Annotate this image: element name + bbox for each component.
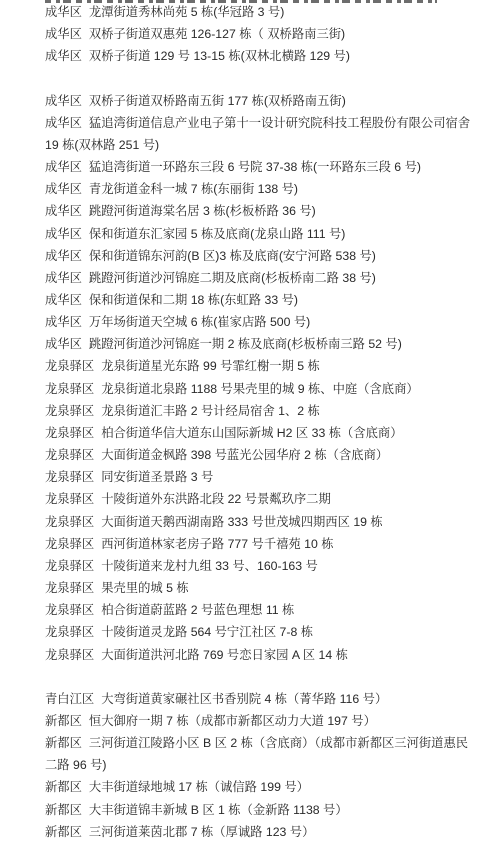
district-label: 新都区 [45,803,82,817]
list-item: 龙泉驿区大面街道金枫路 398 号蓝光公园华府 2 栋（含底商） [45,444,471,466]
district-label: 龙泉驿区 [45,382,94,396]
address-text: 跳蹬河街道海棠名居 3 栋(杉板桥路 36 号) [89,204,316,218]
list-item: 成华区跳蹬河街道沙河锦庭二期及底商(杉板桥南二路 38 号) [45,267,471,289]
address-text: 大面街道洪河北路 769 号恋日家园 A 区 14 栋 [101,648,348,662]
list-item: 成华区保和街道东汇家园 5 栋及底商(龙泉山路 111 号) [45,223,471,245]
list-item: 龙泉驿区西河街道林家老房子路 777 号千禧苑 10 栋 [45,533,471,555]
district-label: 成华区 [45,5,82,19]
list-item: 龙泉驿区柏合街道华信大道东山国际新城 H2 区 33 栋（含底商） [45,422,471,444]
district-label: 成华区 [45,27,82,41]
list-item: 成华区双桥子街道 129 号 13-15 栋(双林北横路 129 号) [45,45,471,67]
district-label: 龙泉驿区 [45,625,94,639]
list-item: 成华区双桥子街道双惠苑 126-127 栋（ 双桥路南三街) [45,23,471,45]
list-item: 龙泉驿区十陵街道灵龙路 564 号宁江社区 7-8 栋 [45,621,471,643]
list-item: 成华区保和街道锦东河韵(B 区)3 栋及底商(安宁河路 538 号) [45,245,471,267]
document-page: 成华区龙潭街道秀林尚苑 5 栋(华冠路 3 号)成华区双桥子街道双惠苑 126-… [0,0,480,845]
district-label: 龙泉驿区 [45,515,94,529]
district-label: 龙泉驿区 [45,603,94,617]
district-label: 青白江区 [45,692,94,706]
address-text: 双桥子街道 129 号 13-15 栋(双林北横路 129 号) [89,49,350,63]
district-label: 龙泉驿区 [45,448,94,462]
address-text: 十陵街道外东洪路北段 22 号景粼玖序二期 [101,492,331,506]
list-item: 龙泉驿区龙泉街道北泉路 1188 号果壳里的城 9 栋、中庭（含底商） [45,378,471,400]
list-item: 龙泉驿区果壳里的城 5 栋 [45,577,471,599]
district-label: 龙泉驿区 [45,470,94,484]
address-text: 保和街道锦东河韵(B 区)3 栋及底商(安宁河路 538 号) [89,249,376,263]
address-text: 万年场街道天空城 6 栋(崔家店路 500 号) [89,315,310,329]
address-text: 恒大御府一期 7 栋（成都市新都区动力大道 197 号） [89,714,376,728]
list-item: 新都区三河街道莱茵北郡 7 栋（厚诚路 123 号） [45,821,471,843]
address-text: 龙泉街道星光东路 99 号霏红榭一期 5 栋 [101,359,320,373]
address-text: 保和街道东汇家园 5 栋及底商(龙泉山路 111 号) [89,227,345,241]
list-item: 龙泉驿区柏合街道蔚蓝路 2 号蓝色理想 11 栋 [45,599,471,621]
address-text: 猛追湾街道一环路东三段 6 号院 37-38 栋(一环路东三段 6 号) [89,160,421,174]
address-text: 跳蹬河街道沙河锦庭一期 2 栋及底商(杉板桥南三路 52 号) [89,337,402,351]
list-item: 成华区双桥子街道双桥路南五街 177 栋(双桥路南五街) [45,90,471,112]
list-item: 龙泉驿区同安街道圣景路 3 号 [45,466,471,488]
list-item: 新都区大丰街道绿地城 17 栋（诚信路 199 号） [45,776,471,798]
district-label: 龙泉驿区 [45,404,94,418]
district-label: 龙泉驿区 [45,426,94,440]
address-text: 双桥子街道双桥路南五街 177 栋(双桥路南五街) [89,94,346,108]
address-text: 大面街道天鹅西湖南路 333 号世茂城四期西区 19 栋 [101,515,383,529]
district-label: 龙泉驿区 [45,559,94,573]
list-item: 龙泉驿区大面街道洪河北路 769 号恋日家园 A 区 14 栋 [45,644,471,666]
address-text: 西河街道林家老房子路 777 号千禧苑 10 栋 [101,537,333,551]
district-label: 成华区 [45,271,82,285]
list-item: 新都区恒大御府一期 7 栋（成都市新都区动力大道 197 号） [45,710,471,732]
address-text: 龙潭街道秀林尚苑 5 栋(华冠路 3 号) [89,5,284,19]
district-label: 成华区 [45,94,82,108]
list-item: 成华区跳蹬河街道沙河锦庭一期 2 栋及底商(杉板桥南三路 52 号) [45,333,471,355]
address-text: 十陵街道灵龙路 564 号宁江社区 7-8 栋 [101,625,313,639]
district-label: 新都区 [45,825,82,839]
address-text: 猛追湾街道信息产业电子第十一设计研究院科技工程股份有限公司宿舍 19 栋(双林路… [45,116,470,152]
list-item: 成华区跳蹬河街道海棠名居 3 栋(杉板桥路 36 号) [45,200,471,222]
district-label: 龙泉驿区 [45,492,94,506]
district-label: 成华区 [45,315,82,329]
list-item: 龙泉驿区十陵街道来龙村九组 33 号、160-163 号 [45,555,471,577]
address-text: 青龙街道金科一城 7 栋(东丽街 138 号) [89,182,298,196]
address-text: 三河街道江陵路小区 B 区 2 栋（含底商）（成都市新都区三河街道惠民二路 96… [45,736,468,772]
district-label: 成华区 [45,116,82,130]
district-label: 新都区 [45,736,82,750]
address-list: 成华区龙潭街道秀林尚苑 5 栋(华冠路 3 号)成华区双桥子街道双惠苑 126-… [45,1,471,843]
district-label: 成华区 [45,160,82,174]
district-label: 成华区 [45,182,82,196]
address-text: 跳蹬河街道沙河锦庭二期及底商(杉板桥南二路 38 号) [89,271,376,285]
blank-line [45,666,471,688]
address-text: 双桥子街道双惠苑 126-127 栋（ 双桥路南三街) [89,27,345,41]
district-label: 龙泉驿区 [45,537,94,551]
list-item: 成华区猛追湾街道信息产业电子第十一设计研究院科技工程股份有限公司宿舍 19 栋(… [45,112,471,156]
district-label: 成华区 [45,204,82,218]
address-text: 十陵街道来龙村九组 33 号、160-163 号 [101,559,318,573]
list-item: 龙泉驿区龙泉街道星光东路 99 号霏红榭一期 5 栋 [45,355,471,377]
address-text: 柏合街道蔚蓝路 2 号蓝色理想 11 栋 [101,603,294,617]
list-item: 龙泉驿区十陵街道外东洪路北段 22 号景粼玖序二期 [45,488,471,510]
blank-line [45,67,471,89]
list-item: 青白江区大弯街道黄家碾社区书香别院 4 栋（菁华路 116 号） [45,688,471,710]
address-text: 三河街道莱茵北郡 7 栋（厚诚路 123 号） [89,825,314,839]
district-label: 成华区 [45,337,82,351]
address-text: 柏合街道华信大道东山国际新城 H2 区 33 栋（含底商） [101,426,402,440]
address-text: 龙泉街道汇丰路 2 号计经局宿舍 1、2 栋 [101,404,320,418]
address-text: 大弯街道黄家碾社区书香别院 4 栋（菁华路 116 号） [101,692,387,706]
district-label: 龙泉驿区 [45,648,94,662]
address-text: 龙泉街道北泉路 1188 号果壳里的城 9 栋、中庭（含底商） [101,382,418,396]
list-item: 龙泉驿区大面街道天鹅西湖南路 333 号世茂城四期西区 19 栋 [45,511,471,533]
list-item: 新都区三河街道江陵路小区 B 区 2 栋（含底商）（成都市新都区三河街道惠民二路… [45,732,471,776]
district-label: 龙泉驿区 [45,581,94,595]
address-text: 果壳里的城 5 栋 [101,581,188,595]
list-item: 成华区青龙街道金科一城 7 栋(东丽街 138 号) [45,178,471,200]
district-label: 新都区 [45,780,82,794]
district-label: 成华区 [45,49,82,63]
list-item: 成华区龙潭街道秀林尚苑 5 栋(华冠路 3 号) [45,1,471,23]
address-text: 大面街道金枫路 398 号蓝光公园华府 2 栋（含底商） [101,448,388,462]
district-label: 成华区 [45,249,82,263]
address-text: 同安街道圣景路 3 号 [101,470,213,484]
list-item: 成华区猛追湾街道一环路东三段 6 号院 37-38 栋(一环路东三段 6 号) [45,156,471,178]
list-item: 成华区万年场街道天空城 6 栋(崔家店路 500 号) [45,311,471,333]
district-label: 成华区 [45,227,82,241]
address-text: 大丰街道绿地城 17 栋（诚信路 199 号） [89,780,309,794]
list-item: 新都区大丰街道锦丰新城 B 区 1 栋（金新路 1138 号） [45,799,471,821]
district-label: 龙泉驿区 [45,359,94,373]
address-text: 大丰街道锦丰新城 B 区 1 栋（金新路 1138 号） [89,803,348,817]
district-label: 成华区 [45,293,82,307]
address-text: 保和街道保和二期 18 栋(东虹路 33 号) [89,293,298,307]
list-item: 成华区保和街道保和二期 18 栋(东虹路 33 号) [45,289,471,311]
district-label: 新都区 [45,714,82,728]
list-item: 龙泉驿区龙泉街道汇丰路 2 号计经局宿舍 1、2 栋 [45,400,471,422]
